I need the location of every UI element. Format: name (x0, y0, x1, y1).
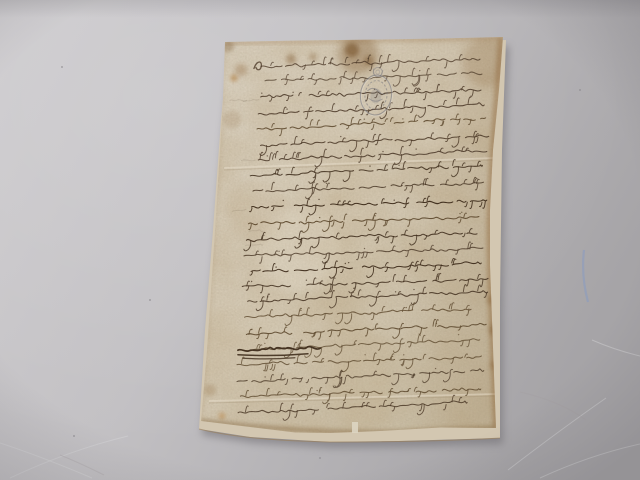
photo-vignette (0, 0, 640, 480)
manuscript-photo-canvas (0, 0, 640, 480)
manuscript-photo (0, 0, 640, 480)
